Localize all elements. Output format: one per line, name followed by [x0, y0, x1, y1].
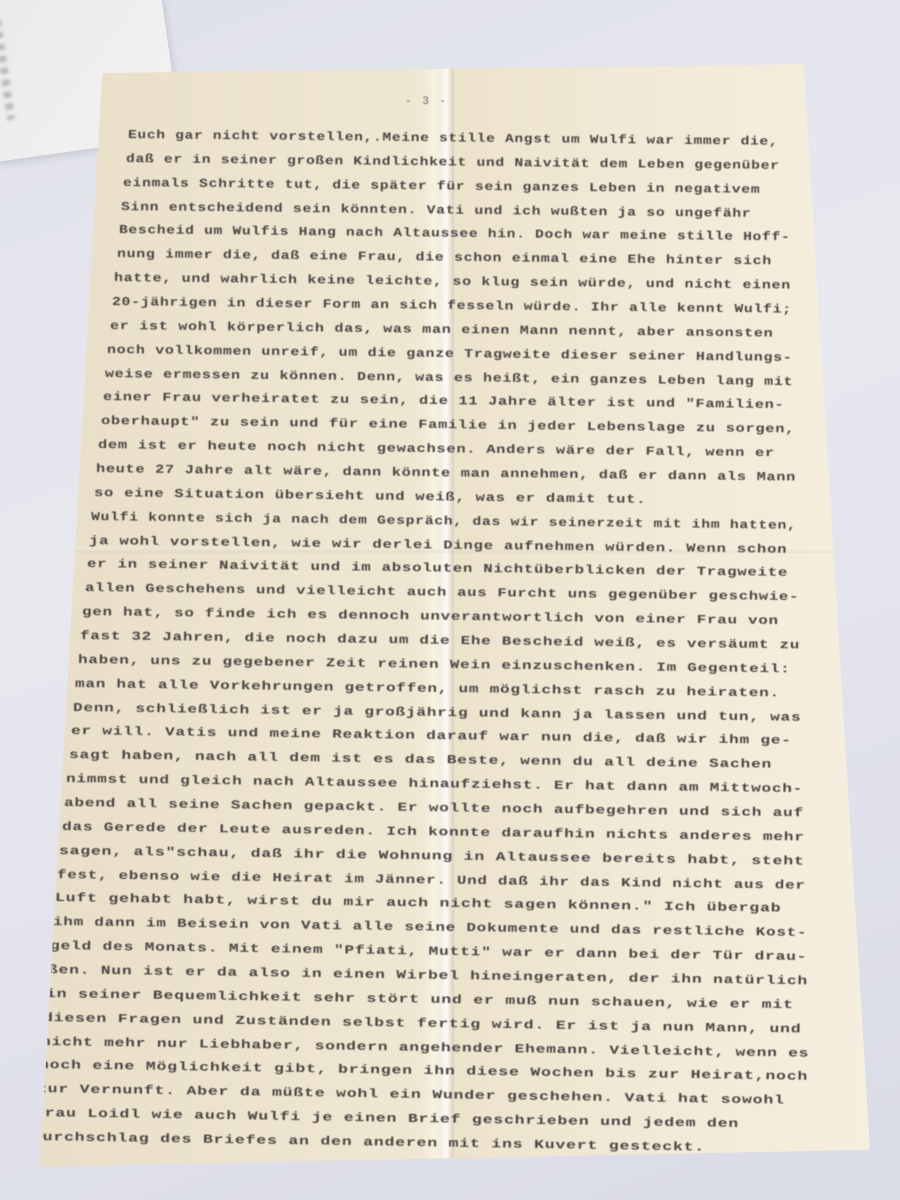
letter-line: daß er in seiner großen Kindlichkeit und… — [126, 152, 780, 173]
letter-line: sagt haben, nach all dem ist es das Best… — [68, 748, 771, 772]
letter-line: Bescheid um Wulfis Hang nach Altaussee h… — [119, 223, 791, 244]
letter-line: einer Frau verheiratet zu sein, die 11 J… — [103, 390, 785, 412]
letter-line: nicht mehr nur Liebhaber, sondern angehe… — [41, 1035, 809, 1061]
letter-line: fest, ebenso wie die Heirat im Jänner. U… — [57, 868, 806, 893]
letter-line: 20-jährigen in dieser Form an sich fesse… — [112, 295, 792, 317]
letter-line: Sinn entscheidend sein könnten. Vati und… — [121, 200, 752, 221]
letter-line: heute 27 Jahre alt wäre, dann könnte man… — [96, 462, 796, 485]
letter-line: in seiner Bequemlichkeit sehr stört und … — [46, 987, 794, 1012]
letter-line: er will. Vatis und meine Reaktion darauf… — [71, 724, 792, 748]
letter-line: nimmst und gleich nach Altaussee hinaufz… — [66, 772, 803, 796]
letter-line: er in seiner Naivität und im absoluten N… — [87, 557, 788, 580]
letter-line: allen Geschehens und vielleicht auch aus… — [84, 581, 798, 604]
letter-line: noch vollkommen unreif, um die ganze Tra… — [107, 343, 793, 365]
letter-line: hatte, und wahrlich keine leichte, so kl… — [114, 271, 791, 293]
letter-line: noch eine Möglichkeit gibt, bringen ihn … — [39, 1058, 808, 1084]
letter-line: man hat alle Vorkehrungen getroffen, um … — [75, 677, 780, 700]
letter-line: Luft gehabt habt, wirst du mir auch nich… — [55, 891, 782, 916]
letter-line: ja wohl vorstellen, wie wir derlei Dinge… — [89, 534, 788, 557]
typed-letter-page: - 3 - Euch gar nicht vorstellen,.Meine s… — [40, 62, 870, 1172]
letter-line: weise ermessen zu können. Denn, was es h… — [105, 367, 793, 389]
letter-line: sagen, als"schau, daß ihr die Wohnung in… — [59, 844, 805, 869]
letter-line: Wulfi konnte sich ja nach dem Gespräch, … — [91, 510, 797, 533]
letter-line: nung immer die, daß eine Frau, die schon… — [116, 247, 771, 268]
letter-line: er ist wohl körperlich das, was man eine… — [110, 319, 774, 341]
letter-line: fast 32 Jahren, die noch dazu um die Ehe… — [80, 629, 800, 652]
letter-line: Durchschlag des Briefes an den anderen m… — [32, 1130, 705, 1155]
letter-line: Denn, schließlich ist er ja großjährig u… — [73, 701, 802, 725]
letter-line: haben, uns zu gegebener Zeit reinen Wein… — [78, 653, 791, 676]
letter-line: dem ist er heute noch nicht gewachsen. A… — [98, 438, 775, 460]
letter-line: einmals Schritte tut, die später für sei… — [123, 176, 760, 197]
letter-line: so eine Situation übersieht und weiß, wa… — [94, 486, 646, 507]
letter-line: oberhaupt" zu sein und für eine Familie … — [100, 414, 794, 436]
letter-line: zur Vernunft. Aber da müßte wohl ein Wun… — [36, 1082, 784, 1108]
letter-line: ihm dann im Beisein von Vati alle seine … — [52, 915, 807, 940]
faint-text-on-other-sheet — [0, 20, 15, 120]
letter-line: gen hat, so finde ich es dennoch unveran… — [82, 605, 779, 628]
letter-line: Frau Loidl wie auch Wulfi je einen Brief… — [34, 1106, 739, 1131]
letter-line: geld des Monats. Mit einem "Pfiati, Mutt… — [50, 939, 807, 964]
letter-line: diesen Fragen und Zuständen selbst ferti… — [43, 1011, 802, 1036]
letter-line: Euch gar nicht vorstellen,.Meine stille … — [128, 128, 778, 149]
letter-line: abend all seine Sachen gepackt. Er wollt… — [64, 796, 804, 820]
letter-line: ßen. Nun ist er da also in einen Wirbel … — [48, 963, 808, 988]
letter-line: das Gerede der Leute ausreden. Ich konnt… — [62, 820, 805, 844]
letter-body: Euch gar nicht vorstellen,.Meine stille … — [40, 62, 870, 1172]
